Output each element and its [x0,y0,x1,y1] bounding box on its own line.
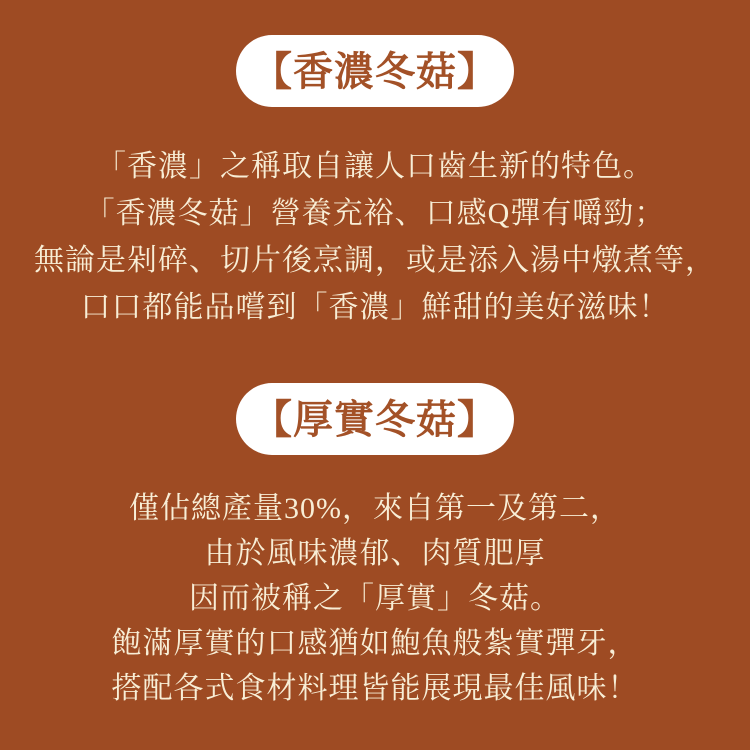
product-description-page: 【香濃冬菇】 「香濃」之稱取自讓人口齒生新的特色。 「香濃冬菇」營養充裕、口感Q… [0,0,750,750]
body-line: 搭配各式食材料理皆能展現最佳風味！ [0,666,750,711]
body-line: 口口都能品嚐到「香濃」鮮甜的美好滋味！ [0,284,750,331]
body-line: 飽滿厚實的口感猶如鮑魚般紮實彈牙， [0,621,750,666]
body-line: 由於風味濃郁、肉質肥厚 [0,531,750,576]
body-line: 無論是剁碎、切片後烹調，或是添入湯中燉煮等， [0,237,750,284]
section-title-thick-mushroom: 【厚實冬菇】 [252,398,498,440]
section-title-fragrant-mushroom: 【香濃冬菇】 [252,50,498,92]
body-line: 「香濃冬菇」營養充裕、口感Q彈有嚼勁； [0,190,750,237]
body-line: 「香濃」之稱取自讓人口齒生新的特色。 [0,143,750,190]
body-line: 因而被稱之「厚實」冬菇。 [0,576,750,621]
body-line: 僅佔總產量30%，來自第一及第二， [0,486,750,531]
section-body-fragrant-mushroom: 「香濃」之稱取自讓人口齒生新的特色。 「香濃冬菇」營養充裕、口感Q彈有嚼勁； 無… [0,143,750,331]
section-badge-fragrant-mushroom: 【香濃冬菇】 [236,35,514,107]
section-body-thick-mushroom: 僅佔總產量30%，來自第一及第二， 由於風味濃郁、肉質肥厚 因而被稱之「厚實」冬… [0,486,750,711]
section-badge-thick-mushroom: 【厚實冬菇】 [236,383,514,455]
